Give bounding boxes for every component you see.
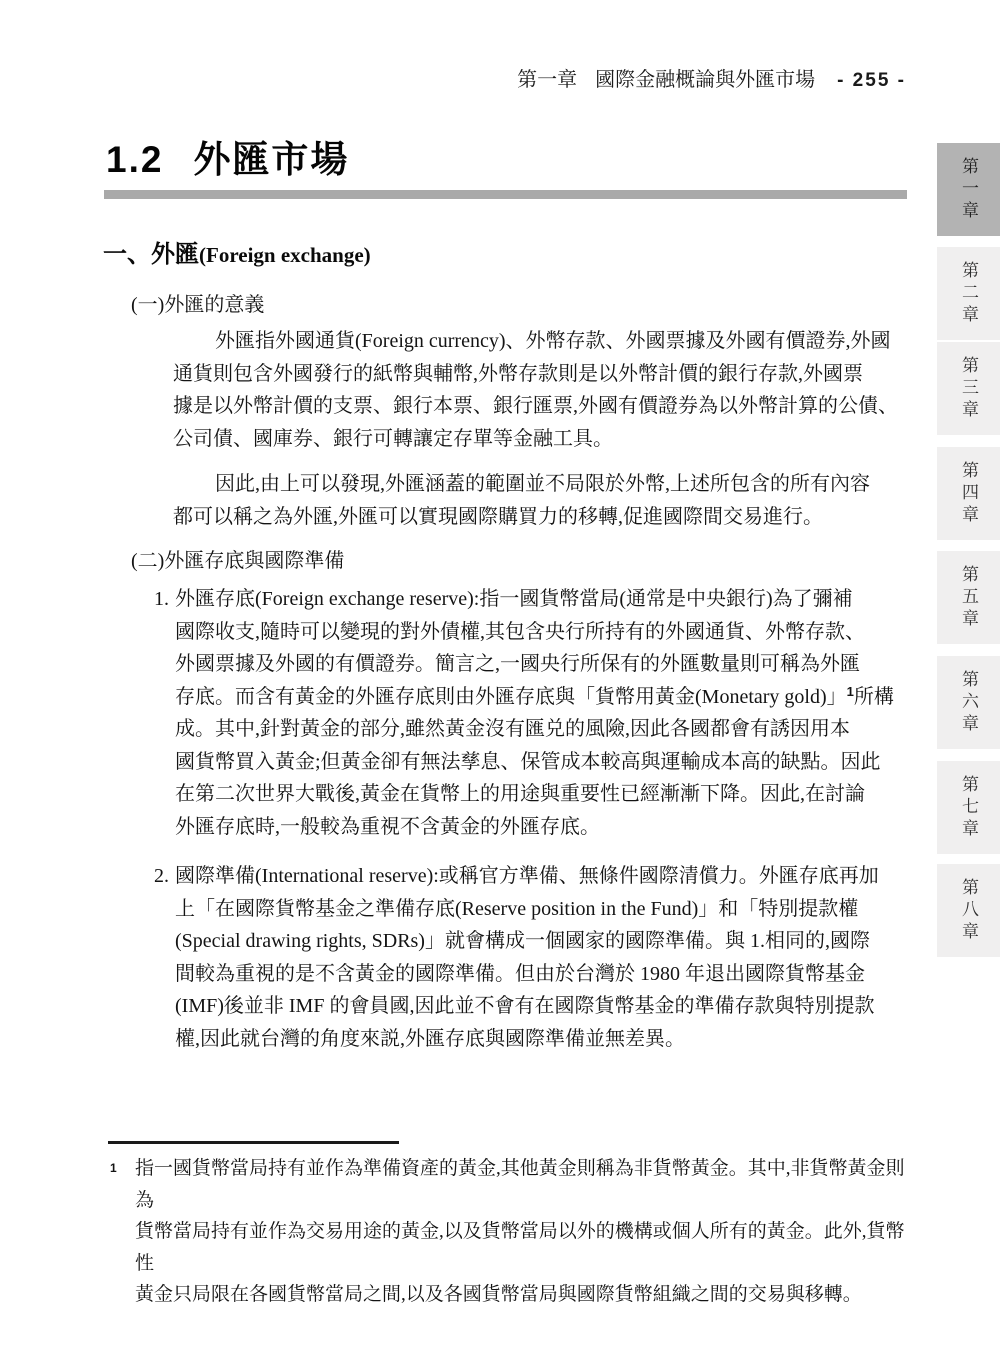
section-title: 1.2外匯市場 (106, 129, 349, 183)
footnote-reference-1: 1 (847, 684, 854, 699)
subheading-meaning-of-forex: (一)外匯的意義 (131, 288, 264, 317)
chapter-tab-2[interactable]: 第二章 (937, 247, 1000, 340)
chapter-tab-1[interactable]: 第一章 (937, 143, 1000, 236)
list-item-1-text: 外匯存底(Foreign exchange reserve):指一國貨幣當局(通… (175, 583, 932, 843)
chapter-tab-4[interactable]: 第四章 (937, 447, 1000, 540)
list-item-2-text-body: 國際準備(International reserve):或稱官方準備、無條件國際… (175, 865, 879, 1050)
footnote-text: 指一國貨幣當局持有並作為準備資產的黃金,其他黃金則稱為非貨幣黃金。其中,非貨幣黃… (135, 1153, 911, 1311)
subheading-reserves: (二)外匯存底與國際準備 (131, 544, 344, 573)
list-item-1-text-before-footnote: 外匯存底(Foreign exchange reserve):指一國貨幣當局(通… (175, 588, 865, 708)
running-header: 第一章國際金融概論與外匯市場- 255 - (0, 63, 906, 92)
section-number: 1.2 (106, 139, 163, 180)
list-item-foreign-exchange-reserve: 1. 外匯存底(Foreign exchange reserve):指一國貨幣當… (154, 583, 932, 843)
chapter-tab-6[interactable]: 第六章 (937, 656, 1000, 749)
running-header-chapter: 第一章 (517, 69, 577, 91)
list-item-2-marker: 2. (154, 860, 175, 1055)
section-title-rule (104, 190, 907, 199)
heading-foreign-exchange: 一、外匯(Foreign exchange) (103, 234, 371, 269)
chapter-tab-3[interactable]: 第三章 (937, 342, 1000, 435)
page-number: - 255 - (837, 70, 906, 91)
list-item-1-marker: 1. (154, 583, 175, 843)
paragraph-forex-scope: 因此,由上可以發現,外匯涵蓋的範圍並不局限於外幣,上述所包含的所有內容 都可以稱… (173, 468, 925, 533)
footnote-marker: 1 (110, 1153, 117, 1185)
running-header-title: 國際金融概論與外匯市場 (595, 69, 815, 91)
list-item-international-reserve: 2. 國際準備(International reserve):或稱官方準備、無條… (154, 860, 932, 1055)
list-item-1-text-after-footnote: 所構 成。其中,針對黃金的部分,雖然黃金沒有匯兑的風險,因此各國都會有誘因用本 … (175, 686, 894, 838)
chapter-tab-7[interactable]: 第七章 (937, 761, 1000, 854)
section-title-text: 外匯市場 (193, 139, 349, 180)
chapter-tab-rail: 第一章 第二章 第三章 第四章 第五章 第六章 第七章 第八章 (937, 0, 1000, 1353)
heading-en: (Foreign exchange) (199, 243, 371, 267)
paragraph-forex-definition: 外匯指外國通貨(Foreign currency)、外幣存款、外國票據及外國有價… (173, 325, 925, 455)
footnote: 1 指一國貨幣當局持有並作為準備資產的黃金,其他黃金則稱為非貨幣黃金。其中,非貨… (107, 1153, 911, 1311)
chapter-tab-8[interactable]: 第八章 (937, 864, 1000, 957)
list-item-2-text: 國際準備(International reserve):或稱官方準備、無條件國際… (175, 860, 932, 1055)
heading-zh: 一、外匯 (103, 241, 199, 268)
book-page: 第一章國際金融概論與外匯市場- 255 - 1.2外匯市場 一、外匯(Forei… (0, 0, 1000, 1353)
footnote-divider (108, 1141, 399, 1144)
chapter-tab-5[interactable]: 第五章 (937, 551, 1000, 644)
